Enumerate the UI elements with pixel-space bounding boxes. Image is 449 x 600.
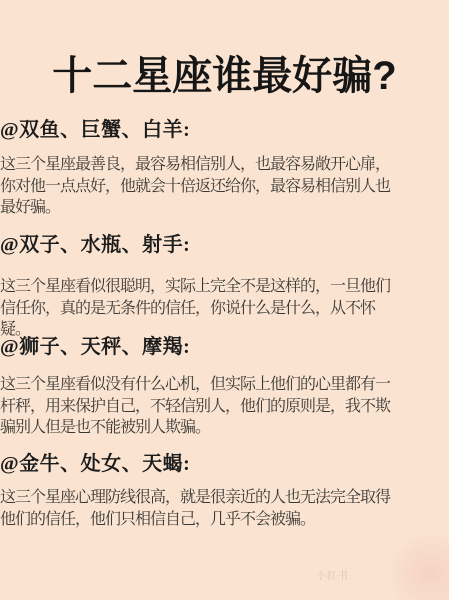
section-body-gemini-aquarius-sagittarius: 这三个星座看似很聪明，实际上完全不是这样的，一旦他们 信任你，真的是无条件的信任… (0, 276, 398, 341)
section-body-pisces-cancer-aries: 这三个星座最善良，最容易相信别人，也最容易敞开心扉， 你对他一点点好，他就会十倍… (0, 154, 398, 219)
section-header-gemini-aquarius-sagittarius: @双子、水瓶、射手: (0, 233, 190, 257)
xiaohongshu-watermark: 小红书 (316, 571, 349, 582)
section-body-taurus-virgo-scorpio: 这三个星座心理防线很高，就是很亲近的人也无法完全取得 他们的信任，他们只相信自己… (0, 487, 398, 530)
section-body-leo-libra-capricorn: 这三个星座看似没有什么心机，但实际上他们的心里都有一 杆秤，用来保护自己，不轻信… (0, 374, 398, 439)
faded-logo-smudge (385, 535, 449, 600)
section-header-leo-libra-capricorn: @狮子、天秤、摩羯: (0, 335, 190, 359)
page-title: 十二星座谁最好骗? (0, 52, 449, 100)
section-header-taurus-virgo-scorpio: @金牛、处女、天蝎: (0, 452, 190, 476)
zodiac-poster-page: 十二星座谁最好骗? @双鱼、巨蟹、白羊: 这三个星座最善良，最容易相信别人，也最… (0, 0, 449, 600)
section-header-pisces-cancer-aries: @双鱼、巨蟹、白羊: (0, 118, 190, 142)
